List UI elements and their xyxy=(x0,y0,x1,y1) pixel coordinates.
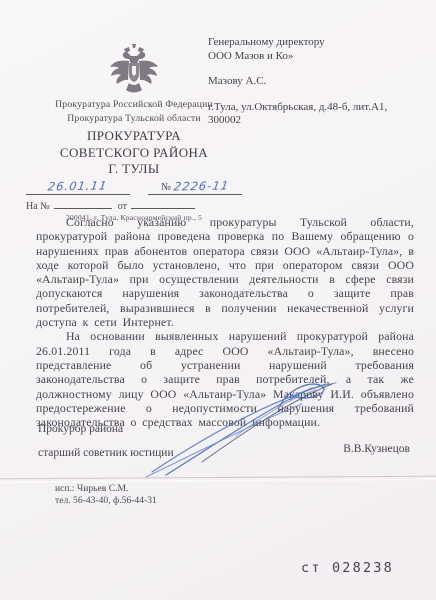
ref-from-underline xyxy=(131,198,195,209)
letterhead: Прокуратура Российской Федерации Прокура… xyxy=(26,42,242,222)
ref-no-underline xyxy=(54,198,112,209)
office-title-line1: ПРОКУРАТУРА xyxy=(26,129,242,143)
paper-fold-crease xyxy=(0,476,436,482)
handwritten-date: 26.01.11 xyxy=(47,178,109,193)
office-title-line3: Г. ТУЛЫ xyxy=(26,162,242,176)
signer-role-line1: Прокурор района xyxy=(38,417,174,441)
signer-role-block: Прокурор района старший советник юстиции xyxy=(38,417,174,465)
org-line-federation: Прокуратура Российской Федерации xyxy=(26,98,242,112)
reference-row: На №от xyxy=(26,198,242,212)
body-paragraph-2: На основании выявленных нарушений прокур… xyxy=(36,329,414,429)
signer-name: В.В.Кузнецов xyxy=(343,443,410,455)
number-sign: № xyxy=(161,182,171,193)
ref-no-label: На № xyxy=(26,201,50,212)
signer-role-line2: старший советник юстиции xyxy=(38,441,174,465)
scanned-letter-page: Генеральному директору ООО Мазов и Ко» М… xyxy=(0,0,436,600)
date-underline: 26.01.11 xyxy=(26,179,130,195)
screenshot-root: Генеральному директору ООО Мазов и Ко» М… xyxy=(0,0,436,600)
letter-body: Согласно указанию прокуратуры Тульской о… xyxy=(36,215,414,429)
org-line-region: Прокуратура Тульской области xyxy=(26,112,242,126)
office-title-line2: СОВЕТСКОГО РАЙОНА xyxy=(26,146,242,160)
handwritten-number: 2226-11 xyxy=(173,178,230,193)
executor-phone: тел. 56-43-40, ф.56-44-31 xyxy=(55,495,157,507)
form-serial-number: ст 028238 xyxy=(301,560,394,576)
double-headed-eagle-emblem-icon xyxy=(107,42,161,96)
executor-block: исп.: Чирьев С.М. тел. 56-43-40, ф.56-44… xyxy=(55,483,157,506)
executor-name: исп.: Чирьев С.М. xyxy=(55,483,157,495)
number-underline: № 2226-11 xyxy=(148,179,242,195)
outgoing-date-number-row: 26.01.11 № 2226-11 xyxy=(26,180,242,195)
body-paragraph-1: Согласно указанию прокуратуры Тульской о… xyxy=(36,215,414,329)
ref-from-label: от xyxy=(118,201,127,212)
